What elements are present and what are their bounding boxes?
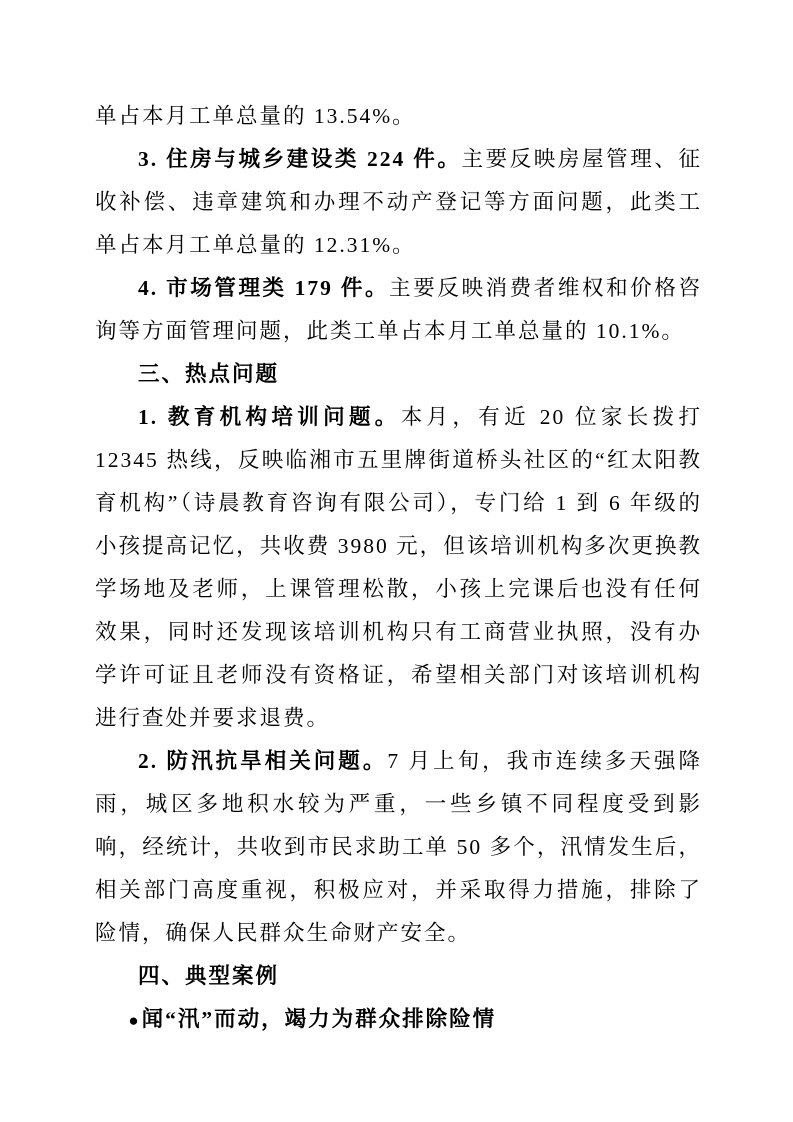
section-heading: 三、热点问题	[95, 353, 702, 396]
paragraph: 1. 教育机构培训问题。本月，有近 20 位家长拨打 12345 热线，反映临湘…	[95, 396, 702, 740]
paragraph: 2. 防汛抗旱相关问题。7 月上旬，我市连续多天强降雨，城区多地积水较为严重，一…	[95, 740, 702, 955]
section-heading: 四、典型案例	[95, 955, 702, 998]
paragraph-text: 7 月上旬，我市连续多天强降雨，城区多地积水较为严重，一些乡镇不同程度受到影响，…	[95, 749, 702, 945]
case-title-text: 闻“汛”而动，竭力为群众排除险情	[142, 1007, 497, 1031]
document-body: 单占本月工单总量的 13.54%。3. 住房与城乡建设类 224 件。主要反映房…	[95, 95, 702, 1042]
document-page: 单占本月工单总量的 13.54%。3. 住房与城乡建设类 224 件。主要反映房…	[0, 0, 793, 1122]
paragraph: 4. 市场管理类 179 件。主要反映消费者维权和价格咨询等方面管理问题，此类工…	[95, 267, 702, 353]
paragraph-lead: 1. 教育机构培训问题。	[138, 405, 401, 429]
bullet-icon: ●	[128, 1011, 140, 1030]
paragraph-lead: 3. 住房与城乡建设类 224 件。	[138, 147, 461, 171]
paragraph-text: 本月，有近 20 位家长拨打 12345 热线，反映临湘市五里牌街道桥头社区的“…	[95, 405, 702, 730]
paragraph-lead: 4. 市场管理类 179 件。	[138, 276, 389, 300]
paragraph-lead: 2. 防汛抗旱相关问题。	[138, 749, 387, 773]
paragraph: 单占本月工单总量的 13.54%。	[95, 95, 702, 138]
case-title: ●闻“汛”而动，竭力为群众排除险情	[95, 998, 702, 1042]
paragraph-text: 单占本月工单总量的 13.54%。	[95, 104, 416, 128]
paragraph: 3. 住房与城乡建设类 224 件。主要反映房屋管理、征收补偿、违章建筑和办理不…	[95, 138, 702, 267]
